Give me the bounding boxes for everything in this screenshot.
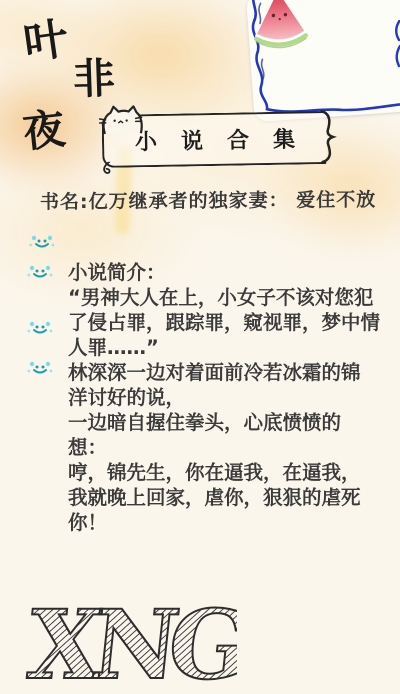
- watermelon-card: [246, 0, 400, 122]
- author-char: 叶: [21, 17, 71, 67]
- book-title: 书名:亿万继承者的独家妻： 爱住不放: [40, 185, 396, 214]
- splash-icon: [27, 264, 53, 281]
- synopsis: 小说简介： “男神大人在上，小女子不该对您犯 了侵占罪，跟踪罪，窥视罪，梦中情 …: [68, 260, 398, 535]
- synopsis-line: 小说简介：: [68, 260, 398, 285]
- novel-promo-page: 叶 非 夜: [0, 0, 400, 694]
- synopsis-line: 一边暗自握住拳头，心底愤愤的: [68, 410, 398, 435]
- xng-watermark: XNG: [22, 592, 237, 694]
- xng-watermark-text: XNG: [23, 592, 237, 694]
- author-char: 夜: [21, 108, 67, 154]
- right-edge-squiggle-icon: [392, 20, 400, 68]
- splash-icon: [29, 234, 55, 251]
- box-tail-icon: [100, 162, 114, 176]
- cat-doodle-icon: [97, 103, 144, 136]
- collection-title-box: 小说合集: [102, 111, 327, 168]
- synopsis-line: “男神大人在上，小女子不该对您犯: [68, 285, 398, 310]
- splash-icon: [27, 360, 53, 377]
- author-char: 非: [72, 57, 115, 100]
- synopsis-line: 你！: [68, 510, 398, 535]
- splash-icon: [27, 320, 53, 337]
- box-brace-icon: [321, 110, 338, 164]
- synopsis-line: 了侵占罪，跟踪罪，窥视罪，梦中情: [68, 310, 398, 335]
- synopsis-line: 林深深一边对着面前冷若冰霜的锦: [68, 360, 398, 385]
- synopsis-line: 想：: [68, 435, 398, 460]
- synopsis-line: 洋讨好的说，: [68, 385, 398, 410]
- synopsis-line: 我就晚上回家，虐你，狠狠的虐死: [68, 485, 398, 510]
- synopsis-line: 人罪……”: [68, 335, 398, 360]
- synopsis-line: 哼，锦先生，你在逼我，在逼我，: [68, 460, 398, 485]
- watermelon-icon: [246, 0, 314, 52]
